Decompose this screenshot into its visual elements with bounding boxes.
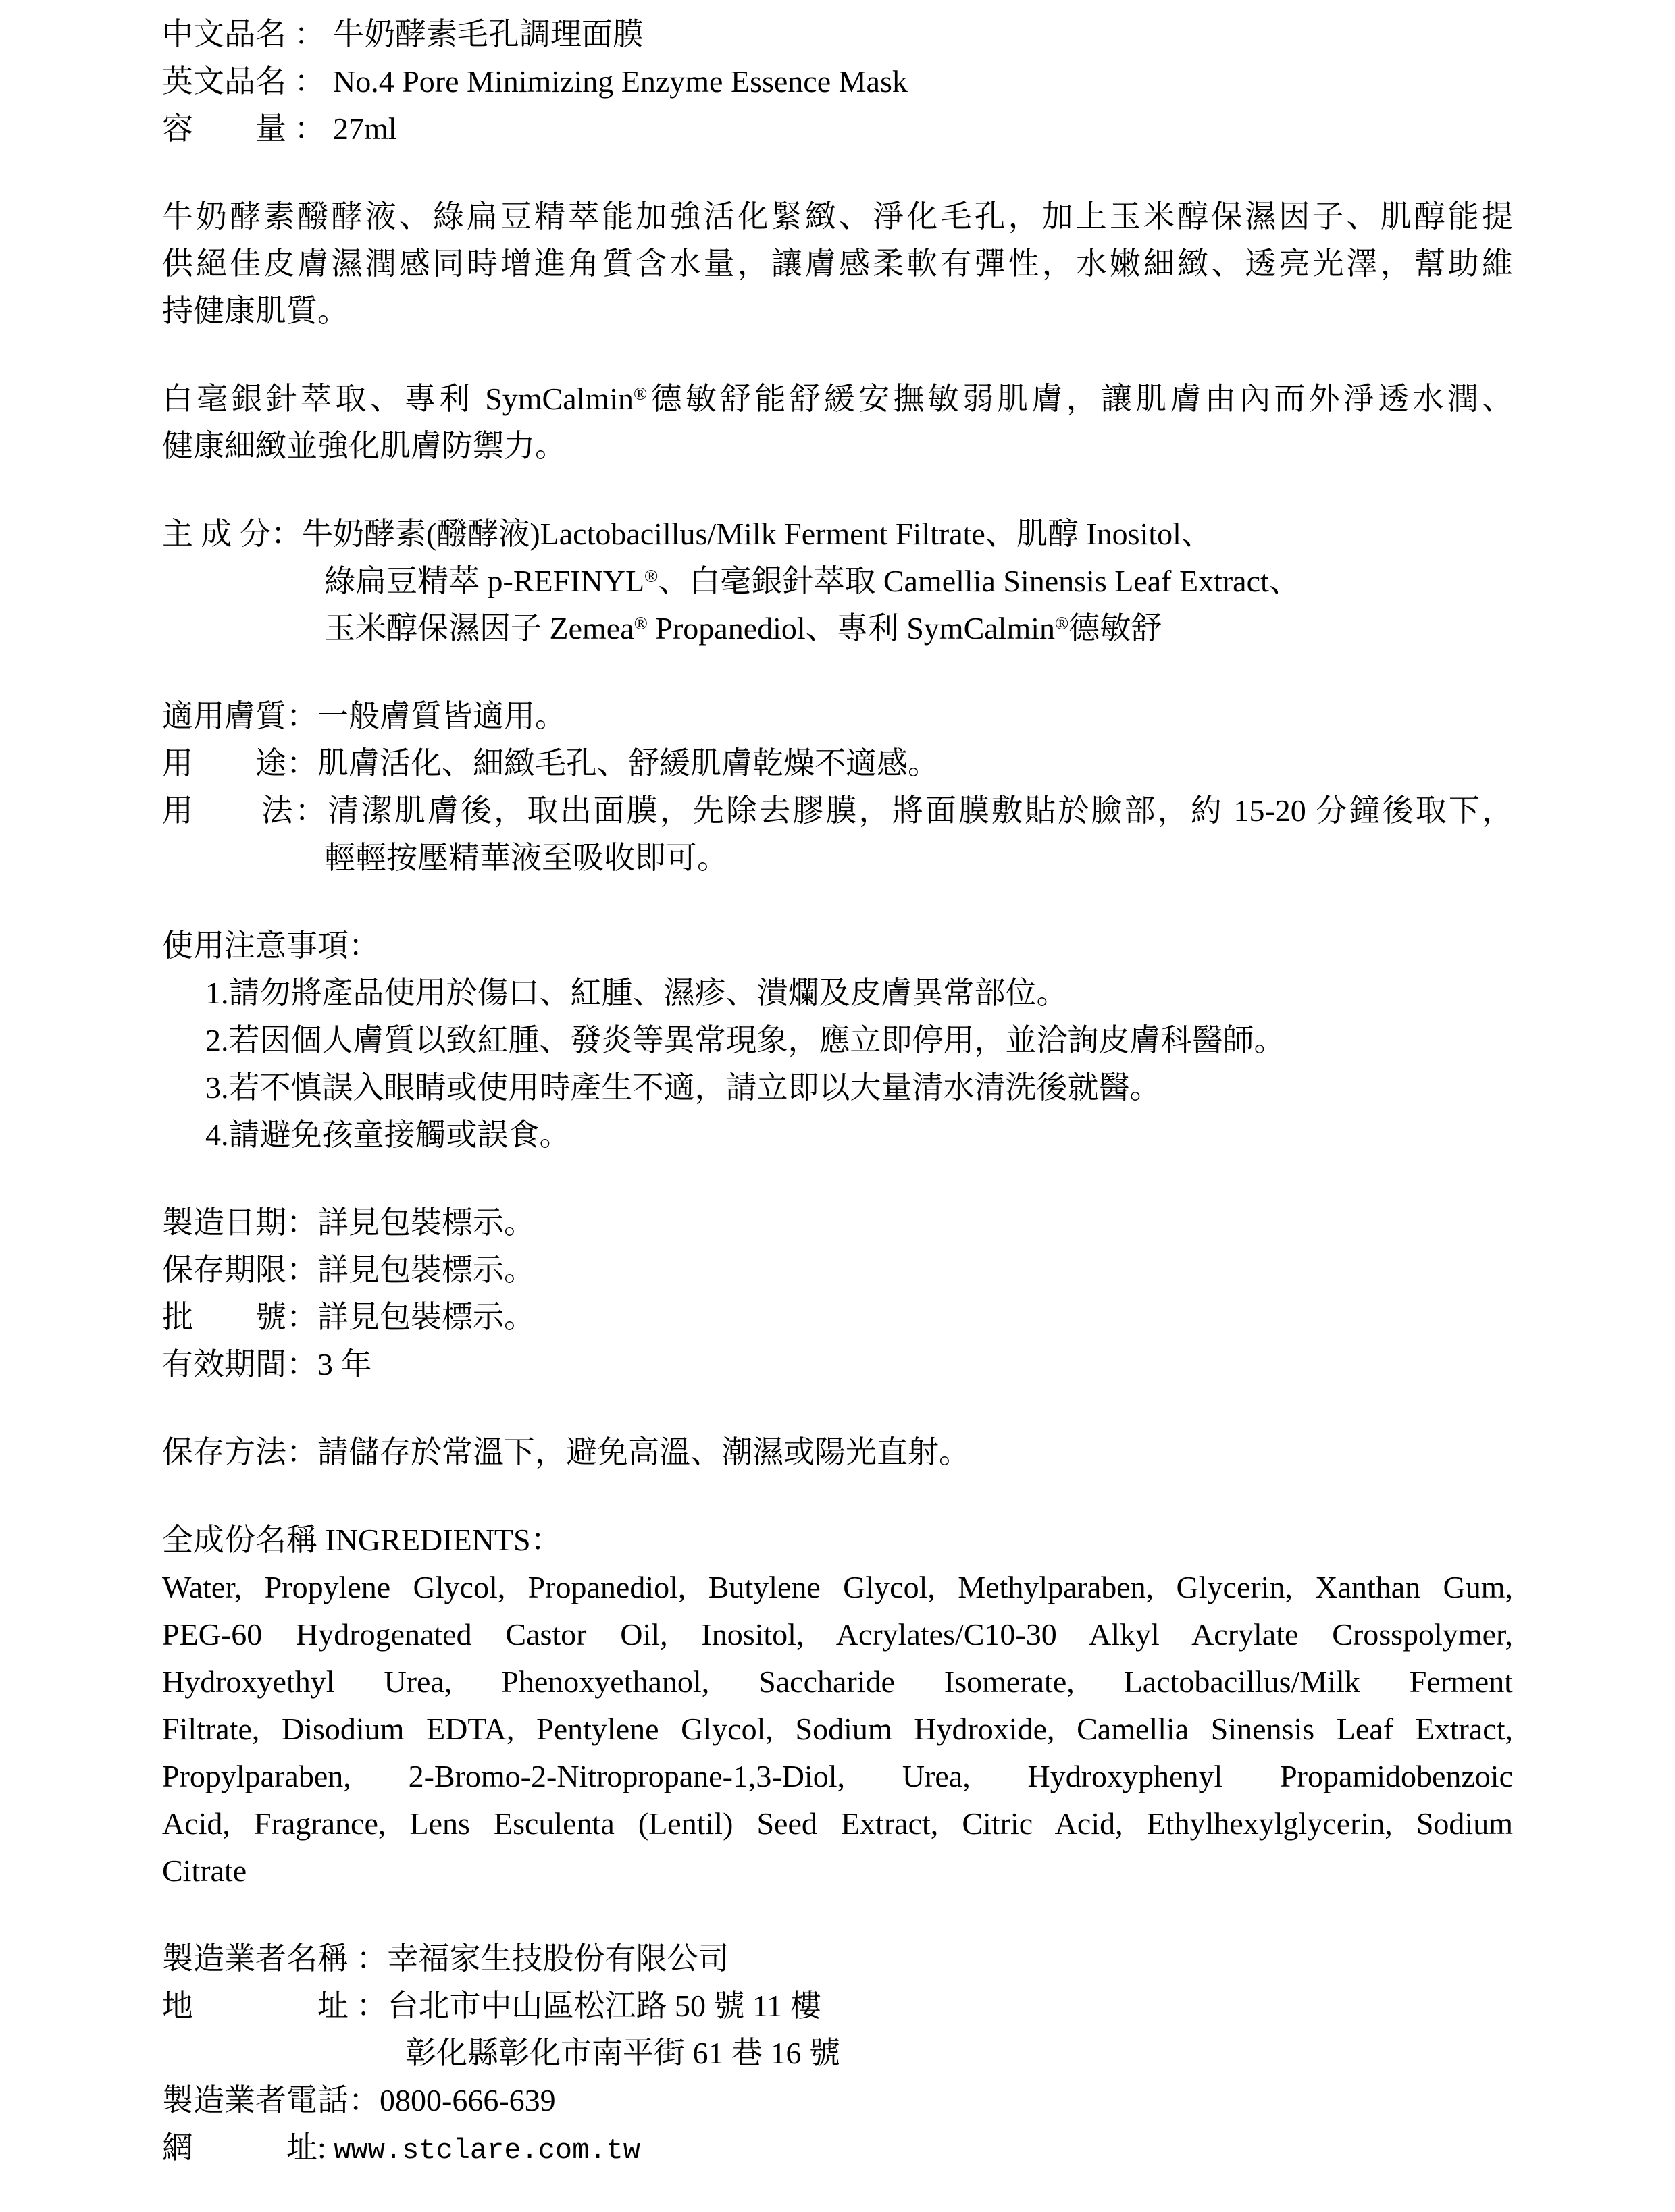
storage-line: 保存方法：請儲存於常溫下，避免高溫、潮濕或陽光直射。 bbox=[162, 1429, 1513, 1476]
ingredients-line-4: Filtrate, Disodium EDTA, Pentylene Glyco… bbox=[162, 1706, 1513, 1753]
ingredients-line-6: Acid, Fragrance, Lens Esculenta (Lentil)… bbox=[162, 1800, 1513, 1847]
shelf-life-line: 保存期限：詳見包裝標示。 bbox=[162, 1246, 1513, 1294]
manufacturer-address-line-1: 地 址 ：台北市中山區松江路 50 號 11 樓 bbox=[162, 1982, 1513, 2030]
section-spacer bbox=[162, 153, 1513, 193]
precautions-title: 使用注意事項： bbox=[162, 922, 1513, 970]
registered-trademark-symbol: ® bbox=[1055, 612, 1068, 633]
intro-line-1: 牛奶酵素醱酵液、綠扁豆精萃能加強活化緊緻、淨化毛孔，加上玉米醇保濕因子、肌醇能提 bbox=[162, 193, 1513, 240]
website-url: www.stclare.com.tw bbox=[334, 2134, 640, 2167]
section-spacer bbox=[162, 1159, 1513, 1199]
precaution-item-4: 4.請避免孩童接觸或誤食。 bbox=[205, 1111, 1513, 1159]
ingredients-line-5: Propylparaben, 2-Bromo-2-Nitropropane-1,… bbox=[162, 1753, 1513, 1800]
main-ingredients-line-2-text: 、白毫銀針萃取 Camellia Sinensis Leaf Extract、 bbox=[658, 564, 1299, 598]
soothing-line-1-text: 白毫銀針萃取、專利 SymCalmin bbox=[162, 381, 634, 416]
section-spacer bbox=[162, 335, 1513, 375]
soothing-line-1: 白毫銀針萃取、專利 SymCalmin®德敏舒能舒緩安撫敏弱肌膚，讓肌膚由內而外… bbox=[162, 375, 1513, 423]
manufacturer-section: 製造業者名稱 ：幸福家生技股份有限公司 地 址 ：台北市中山區松江路 50 號 … bbox=[162, 1935, 1513, 2174]
precaution-item-3: 3.若不慎誤入眼睛或使用時產生不適，請立即以大量清水清洗後就醫。 bbox=[205, 1064, 1513, 1111]
purpose-line: 用 途：肌膚活化、細緻毛孔、舒緩肌膚乾燥不適感。 bbox=[162, 740, 1513, 787]
intro-line-3: 持健康肌質。 bbox=[162, 288, 1513, 335]
main-ingredients-section: 主 成 分：牛奶酵素(醱酵液)Lactobacillus/Milk Fermen… bbox=[162, 510, 1513, 652]
main-ingredients-line-2: 綠扁豆精萃 p-REFINYL®、白毫銀針萃取 Camellia Sinensi… bbox=[324, 558, 1513, 605]
method-line-2: 輕輕按壓精華液至吸收即可。 bbox=[324, 835, 1513, 882]
main-ingredients-line-2-text: 綠扁豆精萃 p-REFINYL bbox=[324, 564, 644, 598]
registered-trademark-symbol: ® bbox=[644, 565, 658, 585]
ingredients-section: 全成份名稱 INGREDIENTS： Water, Propylene Glyc… bbox=[162, 1517, 1513, 1895]
ingredients-line-3: Hydroxyethyl Urea, Phenoxyethanol, Sacch… bbox=[162, 1658, 1513, 1706]
header-section: 中文品名 ： 牛奶酵素毛孔調理面膜 英文品名 ： No.4 Pore Minim… bbox=[162, 11, 1513, 153]
intro-line-2: 供絕佳皮膚濕潤感同時增進角質含水量，讓膚感柔軟有彈性，水嫩細緻、透亮光澤，幫助維 bbox=[162, 240, 1513, 288]
soothing-line-1-text: 德敏舒能舒緩安撫敏弱肌膚，讓肌膚由內而外淨透水潤、 bbox=[647, 381, 1513, 416]
section-spacer bbox=[162, 882, 1513, 922]
ingredients-line-2: PEG-60 Hydrogenated Castor Oil, Inositol… bbox=[162, 1611, 1513, 1658]
soothing-line-2: 健康細緻並強化肌膚防禦力。 bbox=[162, 423, 1513, 470]
manufacturer-address-line-2: 彰化縣彰化市南平街 61 巷 16 號 bbox=[405, 2030, 1513, 2077]
manufacturer-name-line: 製造業者名稱 ：幸福家生技股份有限公司 bbox=[162, 1935, 1513, 1982]
package-info-section: 製造日期：詳見包裝標示。 保存期限：詳見包裝標示。 批 號：詳見包裝標示。 有效… bbox=[162, 1199, 1513, 1388]
method-line-1: 用 法：清潔肌膚後，取出面膜，先除去膠膜，將面膜敷貼於臉部，約 15-20 分鐘… bbox=[162, 787, 1513, 835]
main-ingredients-line-3-text: 玉米醇保濕因子 Zemea bbox=[324, 611, 634, 646]
product-name-en: 英文品名 ： No.4 Pore Minimizing Enzyme Essen… bbox=[162, 58, 1513, 105]
ingredients-line-7: Citrate bbox=[162, 1847, 1513, 1895]
section-spacer bbox=[162, 1476, 1513, 1517]
main-ingredients-line-1: 主 成 分：牛奶酵素(醱酵液)Lactobacillus/Milk Fermen… bbox=[162, 510, 1513, 558]
usage-section: 適用膚質：一般膚質皆適用。 用 途：肌膚活化、細緻毛孔、舒緩肌膚乾燥不適感。 用… bbox=[162, 693, 1513, 882]
soothing-section: 白毫銀針萃取、專利 SymCalmin®德敏舒能舒緩安撫敏弱肌膚，讓肌膚由內而外… bbox=[162, 375, 1513, 470]
manufacturer-phone-line: 製造業者電話：0800-666-639 bbox=[162, 2077, 1513, 2124]
registered-trademark-symbol: ® bbox=[634, 612, 648, 633]
precaution-item-1: 1.請勿將產品使用於傷口、紅腫、濕疹、潰爛及皮膚異常部位。 bbox=[205, 970, 1513, 1017]
precaution-item-2: 2.若因個人膚質以致紅腫、發炎等異常現象，應立即停用，並洽詢皮膚科醫師。 bbox=[205, 1017, 1513, 1064]
product-name-zh: 中文品名 ： 牛奶酵素毛孔調理面膜 bbox=[162, 11, 1513, 58]
product-volume: 容 量 ： 27ml bbox=[162, 105, 1513, 153]
main-ingredients-line-3-text: Propanediol、專利 SymCalmin bbox=[648, 611, 1055, 646]
section-spacer bbox=[162, 1388, 1513, 1429]
main-ingredients-line-3-text: 德敏舒 bbox=[1068, 611, 1162, 646]
mfg-date-line: 製造日期：詳見包裝標示。 bbox=[162, 1199, 1513, 1246]
section-spacer bbox=[162, 470, 1513, 510]
ingredients-title: 全成份名稱 INGREDIENTS： bbox=[162, 1517, 1513, 1564]
skin-type-line: 適用膚質：一般膚質皆適用。 bbox=[162, 693, 1513, 740]
precautions-section: 使用注意事項： 1.請勿將產品使用於傷口、紅腫、濕疹、潰爛及皮膚異常部位。 2.… bbox=[162, 922, 1513, 1159]
section-spacer bbox=[162, 652, 1513, 693]
website-line: 網 址: www.stclare.com.tw bbox=[162, 2124, 1513, 2174]
intro-section: 牛奶酵素醱酵液、綠扁豆精萃能加強活化緊緻、淨化毛孔，加上玉米醇保濕因子、肌醇能提… bbox=[162, 193, 1513, 335]
website-label: 網 址: bbox=[162, 2130, 334, 2165]
batch-no-line: 批 號：詳見包裝標示。 bbox=[162, 1294, 1513, 1341]
main-ingredients-line-3: 玉米醇保濕因子 Zemea® Propanediol、專利 SymCalmin®… bbox=[324, 605, 1513, 652]
section-spacer bbox=[162, 1895, 1513, 1935]
storage-section: 保存方法：請儲存於常溫下，避免高溫、潮濕或陽光直射。 bbox=[162, 1429, 1513, 1476]
product-spec-document: 中文品名 ： 牛奶酵素毛孔調理面膜 英文品名 ： No.4 Pore Minim… bbox=[0, 0, 1675, 2212]
registered-trademark-symbol: ® bbox=[634, 383, 647, 403]
valid-period-line: 有效期間：3 年 bbox=[162, 1341, 1513, 1388]
ingredients-line-1: Water, Propylene Glycol, Propanediol, Bu… bbox=[162, 1564, 1513, 1611]
